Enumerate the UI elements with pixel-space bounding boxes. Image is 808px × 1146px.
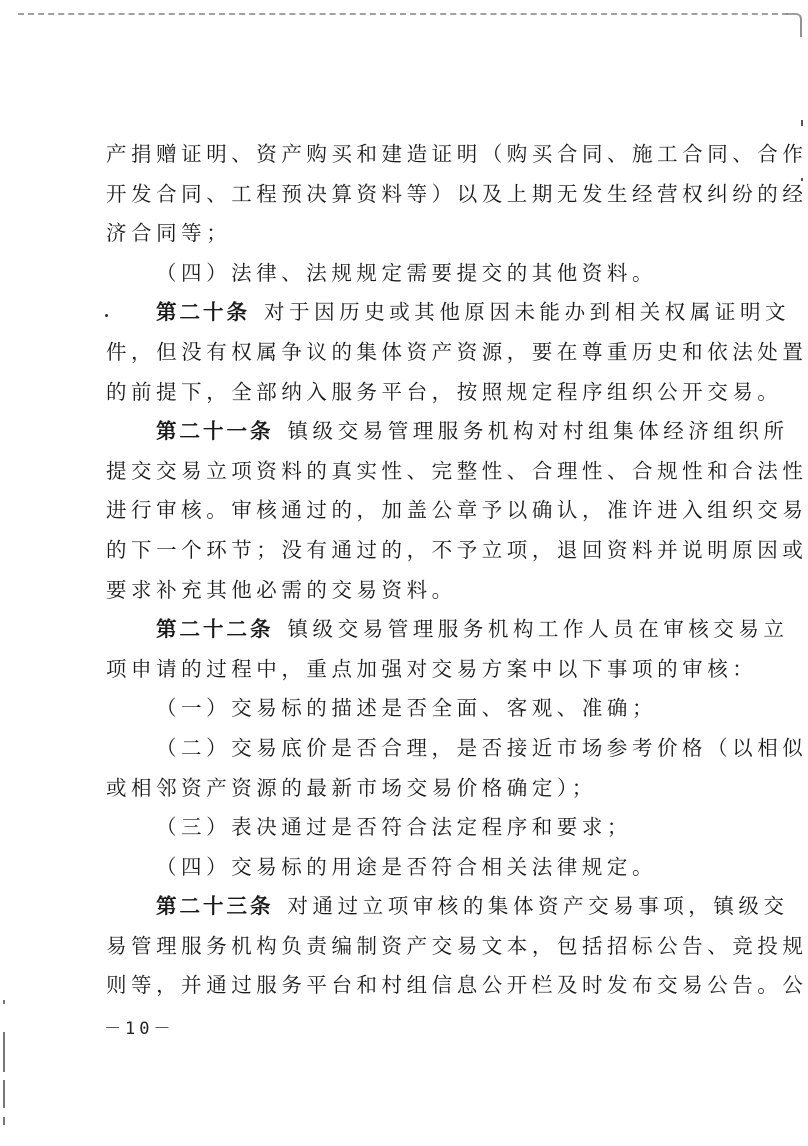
- text-line: 对于因历史或其他原因未能办到相关权属证明文: [264, 300, 790, 324]
- text-line: 的下一个环节；没有通过的，不予立项，退回资料并说明原因或: [106, 531, 708, 571]
- article-heading: 第二十二条: [156, 617, 274, 641]
- page-number: －10－: [104, 1014, 174, 1039]
- list-item: （三）表决通过是否符合法定程序和要求；: [106, 808, 708, 848]
- scan-left-mark: [3, 1117, 5, 1125]
- text-line: 项申请的过程中，重点加强对交易方案中以下事项的审核：: [106, 650, 708, 690]
- article-22-first-line: 第二十二条镇级交易管理服务机构工作人员在审核交易立: [106, 610, 708, 650]
- text-line: 则等，并通过服务平台和村组信息公开栏及时发布交易公告。公: [106, 966, 708, 1006]
- scan-left-mark: [3, 1000, 5, 1004]
- list-item: （二）交易底价是否合理，是否接近市场参考价格（以相似: [106, 729, 708, 769]
- scan-left-mark: [3, 1080, 5, 1108]
- document-body: 产捐赠证明、资产购买和建造证明（购买合同、施工合同、合作 开发合同、工程预决算资…: [106, 135, 708, 1006]
- list-item: （四）交易标的用途是否符合相关法律规定。: [106, 848, 708, 888]
- scan-left-mark: [3, 1032, 5, 1072]
- article-heading: 第二十三条: [156, 894, 274, 918]
- article-heading: 第二十条: [156, 300, 250, 324]
- scan-top-edge: [18, 13, 788, 15]
- list-item: （四）法律、法规规定需要提交的其他资料。: [106, 254, 708, 294]
- text-line: 对通过立项审核的集体资产交易事项，镇级交: [288, 894, 789, 918]
- article-heading: 第二十一条: [156, 419, 274, 443]
- article-23-first-line: 第二十三条对通过立项审核的集体资产交易事项，镇级交: [106, 887, 708, 927]
- text-line: 的前提下，全部纳入服务平台，按照规定程序组织公开交易。: [106, 373, 708, 413]
- text-line: 镇级交易管理服务机构对村组集体经济组织所: [288, 419, 789, 443]
- scan-right-mark: [801, 120, 803, 126]
- text-line: 提交交易立项资料的真实性、完整性、合理性、合规性和合法性: [106, 452, 708, 492]
- text-line: 易管理服务机构负责编制资产交易文本，包括招标公告、竞投规: [106, 927, 708, 967]
- text-line: 镇级交易管理服务机构工作人员在审核交易立: [288, 617, 789, 641]
- scan-corner-mark: [786, 13, 802, 37]
- text-line: 进行审核。审核通过的，加盖公章予以确认，准许进入组织交易: [106, 491, 708, 531]
- text-line: 济合同等；: [106, 214, 708, 254]
- article-21-first-line: 第二十一条镇级交易管理服务机构对村组集体经济组织所: [106, 412, 708, 452]
- text-line: 产捐赠证明、资产购买和建造证明（购买合同、施工合同、合作: [106, 135, 708, 175]
- scan-right-mark: [801, 178, 803, 181]
- list-item: （一）交易标的描述是否全面、客观、准确；: [106, 689, 708, 729]
- text-line: 或相邻资产资源的最新市场交易价格确定）；: [106, 769, 708, 809]
- text-line: 件，但没有权属争议的集体资产资源，要在尊重历史和依法处置: [106, 333, 708, 373]
- article-20-first-line: 第二十条对于因历史或其他原因未能办到相关权属证明文: [106, 293, 708, 333]
- text-line: 开发合同、工程预决算资料等）以及上期无发生经营权纠纷的经: [106, 175, 708, 215]
- text-line: 要求补充其他必需的交易资料。: [106, 571, 708, 611]
